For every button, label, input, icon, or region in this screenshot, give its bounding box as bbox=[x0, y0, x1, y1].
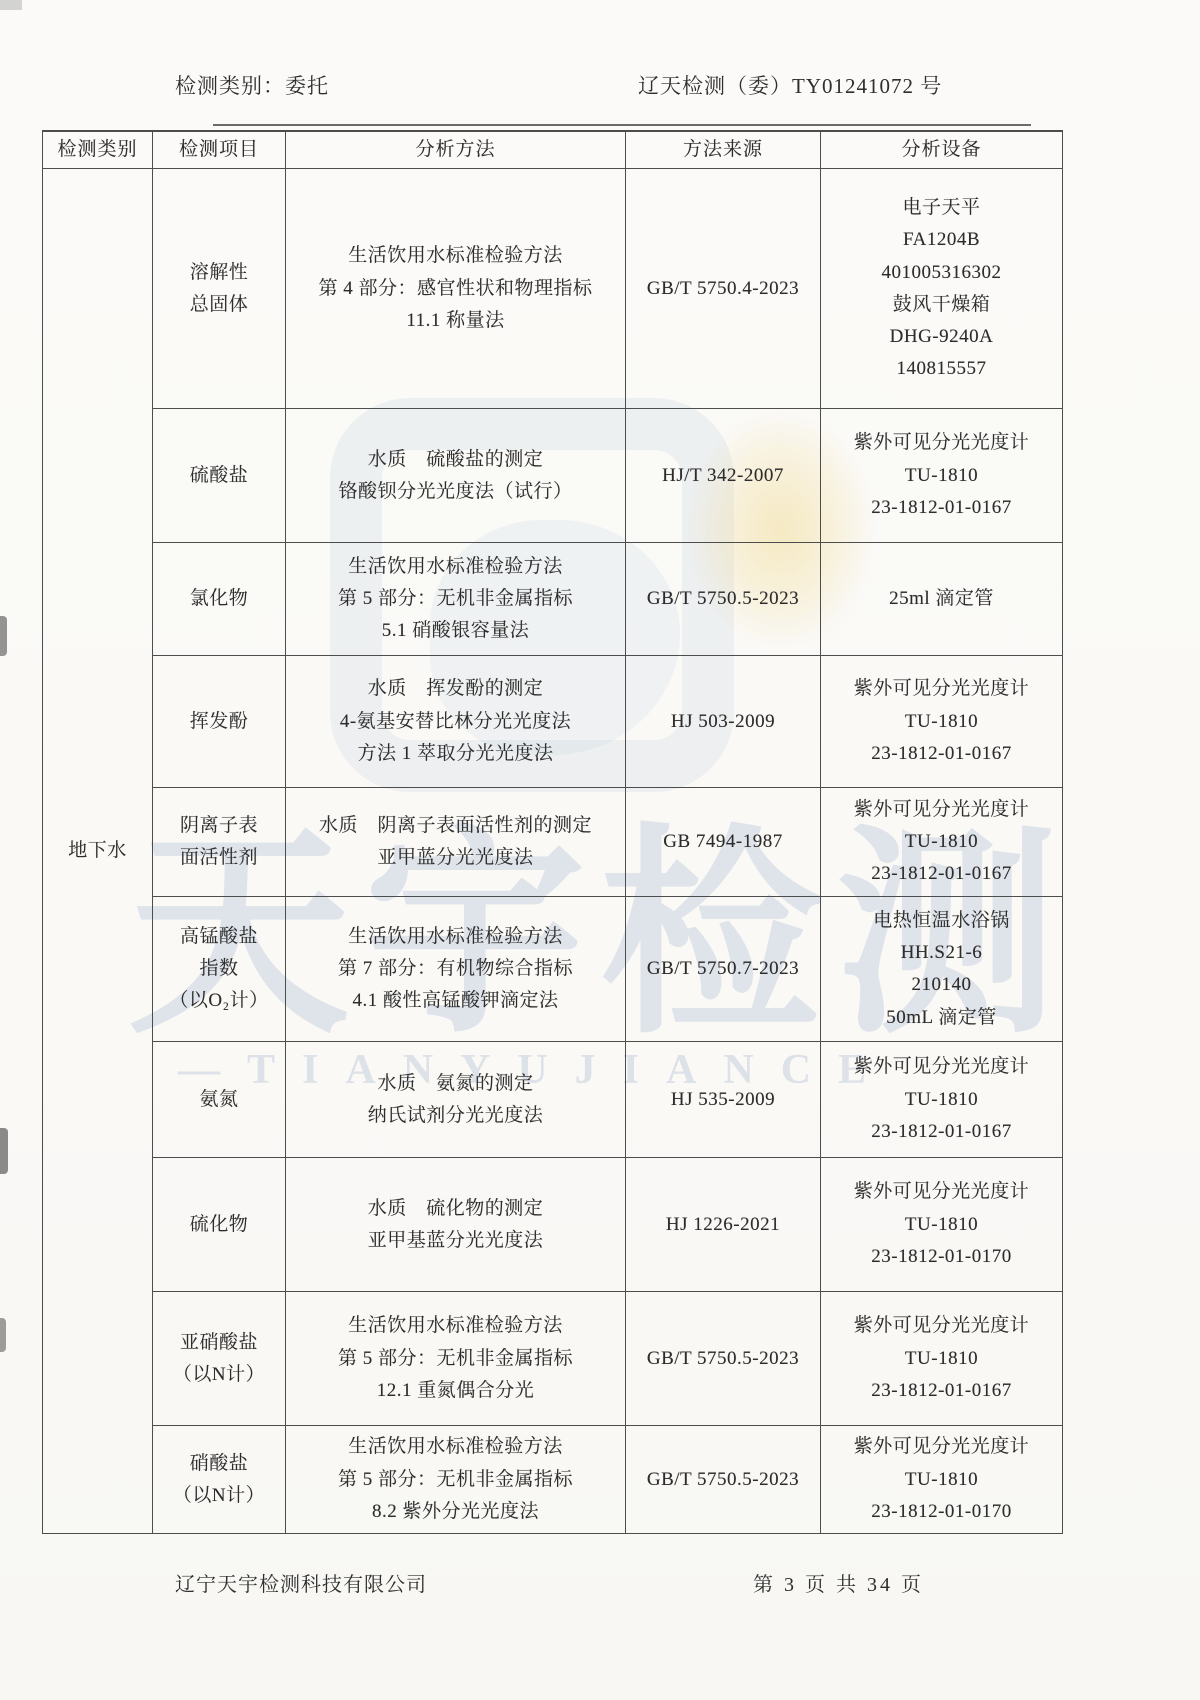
method-cell: 水质 硫化物的测定 亚甲基蓝分光光度法 bbox=[286, 1158, 626, 1292]
source-cell: HJ 535-2009 bbox=[626, 1042, 821, 1158]
equipment-line: DHG-9240A bbox=[824, 321, 1059, 353]
equipment-cell: 紫外可见分光光度计 TU-1810 23-1812-01-0170 bbox=[821, 1158, 1063, 1292]
table-row: 高锰酸盐 指数 （以O₂计） 生活饮用水标准检验方法 第 7 部分：有机物综合指… bbox=[43, 897, 1063, 1042]
equipment-line: 23-1812-01-0167 bbox=[824, 738, 1059, 770]
category-cell: 地下水 bbox=[43, 169, 153, 1534]
method-line: 生活饮用水标准检验方法 bbox=[289, 240, 622, 272]
equipment-line: TU-1810 bbox=[824, 1343, 1059, 1375]
method-line: 生活饮用水标准检验方法 bbox=[289, 1431, 622, 1463]
header-divider bbox=[213, 124, 1031, 126]
equipment-line: 23-1812-01-0167 bbox=[824, 1116, 1059, 1148]
item-line: （以N计） bbox=[156, 1359, 282, 1391]
method-line: 水质 硫化物的测定 bbox=[289, 1193, 622, 1225]
table-header-row: 检测类别 检测项目 分析方法 方法来源 分析设备 bbox=[43, 131, 1063, 169]
item-cell: 氯化物 bbox=[153, 543, 286, 656]
equipment-line: 紫外可见分光光度计 bbox=[824, 1051, 1059, 1083]
equipment-line: TU-1810 bbox=[824, 1084, 1059, 1116]
method-line: 铬酸钡分光光度法（试行） bbox=[289, 476, 622, 508]
method-line: 亚甲基蓝分光光度法 bbox=[289, 1225, 622, 1257]
table-row: 阴离子表 面活性剂 水质 阴离子表面活性剂的测定 亚甲蓝分光光度法 GB 749… bbox=[43, 788, 1063, 897]
table-row: 硫酸盐 水质 硫酸盐的测定 铬酸钡分光光度法（试行） HJ/T 342-2007… bbox=[43, 409, 1063, 543]
item-line: 溶解性 bbox=[156, 257, 282, 289]
page-number: 第 3 页 共 34 页 bbox=[753, 1568, 924, 1597]
source-cell: GB/T 5750.7-2023 bbox=[626, 897, 821, 1042]
method-line: 生活饮用水标准检验方法 bbox=[289, 921, 622, 953]
equipment-cell: 紫外可见分光光度计 TU-1810 23-1812-01-0167 bbox=[821, 1292, 1063, 1426]
equipment-cell: 紫外可见分光光度计 TU-1810 23-1812-01-0167 bbox=[821, 656, 1063, 788]
item-line: 总固体 bbox=[156, 289, 282, 321]
equipment-line: 紫外可见分光光度计 bbox=[824, 1176, 1059, 1208]
method-line: 水质 氨氮的测定 bbox=[289, 1068, 622, 1100]
equipment-line: 电热恒温水浴锅 bbox=[824, 905, 1059, 937]
equipment-line: FA1204B bbox=[824, 224, 1059, 256]
method-line: 第 7 部分：有机物综合指标 bbox=[289, 953, 622, 985]
equipment-cell: 电子天平 FA1204B 401005316302 鼓风干燥箱 DHG-9240… bbox=[821, 169, 1063, 409]
table-row: 氨氮 水质 氨氮的测定 纳氏试剂分光光度法 HJ 535-2009 紫外可见分光… bbox=[43, 1042, 1063, 1158]
scan-edge-artifact bbox=[0, 616, 7, 656]
equipment-cell: 紫外可见分光光度计 TU-1810 23-1812-01-0170 bbox=[821, 1426, 1063, 1534]
method-cell: 水质 硫酸盐的测定 铬酸钡分光光度法（试行） bbox=[286, 409, 626, 543]
header-source: 方法来源 bbox=[626, 131, 821, 169]
item-line: 挥发酚 bbox=[156, 706, 282, 738]
table-row: 硫化物 水质 硫化物的测定 亚甲基蓝分光光度法 HJ 1226-2021 紫外可… bbox=[43, 1158, 1063, 1292]
method-line: 方法 1 萃取分光光度法 bbox=[289, 738, 622, 770]
table-row: 硝酸盐 （以N计） 生活饮用水标准检验方法 第 5 部分：无机非金属指标 8.2… bbox=[43, 1426, 1063, 1534]
method-line: 8.2 紫外分光光度法 bbox=[289, 1496, 622, 1528]
scan-edge-artifact bbox=[0, 1318, 6, 1352]
table-row: 亚硝酸盐 （以N计） 生活饮用水标准检验方法 第 5 部分：无机非金属指标 12… bbox=[43, 1292, 1063, 1426]
equipment-line: 401005316302 bbox=[824, 257, 1059, 289]
method-line: 第 4 部分：感官性状和物理指标 bbox=[289, 273, 622, 305]
equipment-cell: 电热恒温水浴锅 HH.S21-6 210140 50mL 滴定管 bbox=[821, 897, 1063, 1042]
equipment-line: 140815557 bbox=[824, 353, 1059, 385]
item-cell: 高锰酸盐 指数 （以O₂计） bbox=[153, 897, 286, 1042]
method-cell: 生活饮用水标准检验方法 第 5 部分：无机非金属指标 5.1 硝酸银容量法 bbox=[286, 543, 626, 656]
header-equipment: 分析设备 bbox=[821, 131, 1063, 169]
equipment-line: 50mL 滴定管 bbox=[824, 1002, 1059, 1034]
method-line: 4-氨基安替比林分光光度法 bbox=[289, 706, 622, 738]
item-line: 高锰酸盐 bbox=[156, 921, 282, 953]
equipment-line: 鼓风干燥箱 bbox=[824, 289, 1059, 321]
method-line: 11.1 称量法 bbox=[289, 305, 622, 337]
method-cell: 水质 氨氮的测定 纳氏试剂分光光度法 bbox=[286, 1042, 626, 1158]
item-line: 硫化物 bbox=[156, 1209, 282, 1241]
method-cell: 水质 挥发酚的测定 4-氨基安替比林分光光度法 方法 1 萃取分光光度法 bbox=[286, 656, 626, 788]
method-line: 12.1 重氮偶合分光 bbox=[289, 1375, 622, 1407]
source-cell: GB/T 5750.5-2023 bbox=[626, 543, 821, 656]
equipment-line: 23-1812-01-0167 bbox=[824, 858, 1059, 890]
equipment-line: 紫外可见分光光度计 bbox=[824, 1431, 1059, 1463]
equipment-line: 25ml 滴定管 bbox=[824, 583, 1059, 615]
method-line: 生活饮用水标准检验方法 bbox=[289, 551, 622, 583]
equipment-line: TU-1810 bbox=[824, 826, 1059, 858]
item-line: （以N计） bbox=[156, 1480, 282, 1512]
equipment-line: HH.S21-6 bbox=[824, 937, 1059, 969]
company-name: 辽宁天宇检测科技有限公司 bbox=[175, 1568, 427, 1597]
report-number-label: 辽天检测（委）TY01241072 号 bbox=[638, 70, 942, 100]
test-category-label: 检测类别：委托 bbox=[175, 70, 329, 100]
method-cell: 水质 阴离子表面活性剂的测定 亚甲蓝分光光度法 bbox=[286, 788, 626, 897]
item-line: 阴离子表 bbox=[156, 810, 282, 842]
equipment-line: TU-1810 bbox=[824, 1464, 1059, 1496]
document-page: 检测类别：委托 辽天检测（委）TY01241072 号 天宇检测 —TIANYU… bbox=[0, 0, 1200, 1700]
table-row: 氯化物 生活饮用水标准检验方法 第 5 部分：无机非金属指标 5.1 硝酸银容量… bbox=[43, 543, 1063, 656]
equipment-cell: 紫外可见分光光度计 TU-1810 23-1812-01-0167 bbox=[821, 1042, 1063, 1158]
source-cell: GB/T 5750.5-2023 bbox=[626, 1426, 821, 1534]
source-cell: GB/T 5750.4-2023 bbox=[626, 169, 821, 409]
method-line: 第 5 部分：无机非金属指标 bbox=[289, 1464, 622, 1496]
method-line: 4.1 酸性高锰酸钾滴定法 bbox=[289, 985, 622, 1017]
method-line: 水质 硫酸盐的测定 bbox=[289, 444, 622, 476]
method-line: 生活饮用水标准检验方法 bbox=[289, 1310, 622, 1342]
item-cell: 硫化物 bbox=[153, 1158, 286, 1292]
equipment-line: 紫外可见分光光度计 bbox=[824, 427, 1059, 459]
equipment-line: 210140 bbox=[824, 969, 1059, 1001]
item-line: 指数 bbox=[156, 953, 282, 985]
equipment-line: TU-1810 bbox=[824, 1209, 1059, 1241]
equipment-line: 紫外可见分光光度计 bbox=[824, 794, 1059, 826]
equipment-line: 电子天平 bbox=[824, 192, 1059, 224]
equipment-line: TU-1810 bbox=[824, 460, 1059, 492]
item-line: 亚硝酸盐 bbox=[156, 1327, 282, 1359]
method-line: 纳氏试剂分光光度法 bbox=[289, 1100, 622, 1132]
equipment-line: 23-1812-01-0167 bbox=[824, 1375, 1059, 1407]
method-line: 5.1 硝酸银容量法 bbox=[289, 615, 622, 647]
header-method: 分析方法 bbox=[286, 131, 626, 169]
source-cell: GB/T 5750.5-2023 bbox=[626, 1292, 821, 1426]
source-cell: HJ 1226-2021 bbox=[626, 1158, 821, 1292]
scan-corner-artifact bbox=[0, 0, 22, 10]
item-line: 氯化物 bbox=[156, 583, 282, 615]
equipment-line: TU-1810 bbox=[824, 706, 1059, 738]
method-line: 第 5 部分：无机非金属指标 bbox=[289, 583, 622, 615]
item-cell: 挥发酚 bbox=[153, 656, 286, 788]
header-item: 检测项目 bbox=[153, 131, 286, 169]
item-cell: 硫酸盐 bbox=[153, 409, 286, 543]
item-cell: 阴离子表 面活性剂 bbox=[153, 788, 286, 897]
item-cell: 亚硝酸盐 （以N计） bbox=[153, 1292, 286, 1426]
item-cell: 硝酸盐 （以N计） bbox=[153, 1426, 286, 1534]
method-cell: 生活饮用水标准检验方法 第 7 部分：有机物综合指标 4.1 酸性高锰酸钾滴定法 bbox=[286, 897, 626, 1042]
source-cell: HJ 503-2009 bbox=[626, 656, 821, 788]
equipment-cell: 25ml 滴定管 bbox=[821, 543, 1063, 656]
item-cell: 溶解性 总固体 bbox=[153, 169, 286, 409]
source-cell: GB 7494-1987 bbox=[626, 788, 821, 897]
source-cell: HJ/T 342-2007 bbox=[626, 409, 821, 543]
equipment-line: 23-1812-01-0167 bbox=[824, 492, 1059, 524]
item-cell: 氨氮 bbox=[153, 1042, 286, 1158]
header-category: 检测类别 bbox=[43, 131, 153, 169]
item-line: 硝酸盐 bbox=[156, 1448, 282, 1480]
equipment-line: 23-1812-01-0170 bbox=[824, 1496, 1059, 1528]
methods-equipment-table: 检测类别 检测项目 分析方法 方法来源 分析设备 地下水 溶解性 总固体 生活饮… bbox=[42, 130, 1063, 1534]
equipment-cell: 紫外可见分光光度计 TU-1810 23-1812-01-0167 bbox=[821, 409, 1063, 543]
method-cell: 生活饮用水标准检验方法 第 5 部分：无机非金属指标 8.2 紫外分光光度法 bbox=[286, 1426, 626, 1534]
method-cell: 生活饮用水标准检验方法 第 4 部分：感官性状和物理指标 11.1 称量法 bbox=[286, 169, 626, 409]
table-row: 地下水 溶解性 总固体 生活饮用水标准检验方法 第 4 部分：感官性状和物理指标… bbox=[43, 169, 1063, 409]
method-line: 亚甲蓝分光光度法 bbox=[289, 842, 622, 874]
equipment-line: 23-1812-01-0170 bbox=[824, 1241, 1059, 1273]
method-line: 第 5 部分：无机非金属指标 bbox=[289, 1343, 622, 1375]
equipment-line: 紫外可见分光光度计 bbox=[824, 1310, 1059, 1342]
method-line: 水质 阴离子表面活性剂的测定 bbox=[289, 810, 622, 842]
table-row: 挥发酚 水质 挥发酚的测定 4-氨基安替比林分光光度法 方法 1 萃取分光光度法… bbox=[43, 656, 1063, 788]
item-line: 硫酸盐 bbox=[156, 460, 282, 492]
item-line: 面活性剂 bbox=[156, 842, 282, 874]
method-cell: 生活饮用水标准检验方法 第 5 部分：无机非金属指标 12.1 重氮偶合分光 bbox=[286, 1292, 626, 1426]
item-line: 氨氮 bbox=[156, 1084, 282, 1116]
equipment-line: 紫外可见分光光度计 bbox=[824, 673, 1059, 705]
method-line: 水质 挥发酚的测定 bbox=[289, 673, 622, 705]
equipment-cell: 紫外可见分光光度计 TU-1810 23-1812-01-0167 bbox=[821, 788, 1063, 897]
item-line: （以O₂计） bbox=[156, 985, 282, 1017]
scan-edge-artifact bbox=[0, 1128, 8, 1174]
